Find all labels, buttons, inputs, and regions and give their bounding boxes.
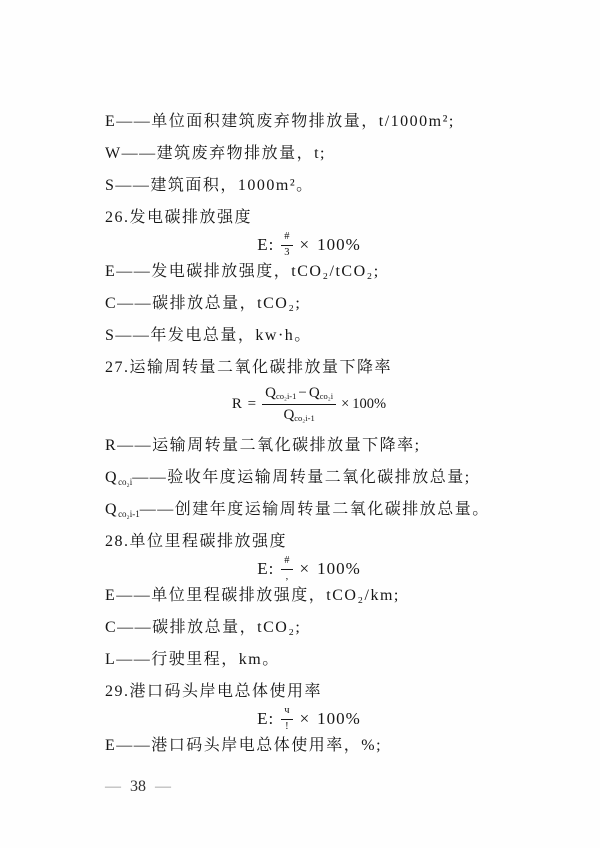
formula-27-q1: Q xyxy=(265,385,276,401)
formula-29-lhs: E: xyxy=(257,709,274,729)
page-number: 38 xyxy=(130,778,146,796)
definition-line-waste-total: W——建筑废弃物排放量，t; xyxy=(0,144,600,164)
section-28-heading: 28.单位里程碳排放强度 xyxy=(0,532,600,552)
q-subscript: co₂i-1 xyxy=(118,509,140,519)
formula-28-percent: 100% xyxy=(317,559,361,579)
definition-line-carbon-total-28: C——碳排放总量，tCO₂; xyxy=(0,618,600,638)
section-26-heading: 26.发电碳排放强度 xyxy=(0,208,600,228)
definition-line-shore-power-rate: E——港口码头岸电总体使用率，%; xyxy=(0,736,600,756)
formula-26-percent: 100% xyxy=(317,235,361,255)
formula-27-times: × xyxy=(341,396,349,413)
section-29-formula: E: ч ! × 100% xyxy=(0,704,600,734)
q-symbol: Q xyxy=(105,501,118,518)
formula-27-lhs: R = xyxy=(232,396,257,413)
definition-line-unit-area-waste: E——单位面积建筑废弃物排放量，t/1000m²; xyxy=(0,112,600,132)
formula-27-minus: − xyxy=(298,385,306,401)
formula-29-numerator: ч xyxy=(281,705,292,719)
q-definition-text: ——创建年度运输周转量二氧化碳排放总量。 xyxy=(140,501,490,518)
formula-27-q2-subscript: co₂i xyxy=(320,391,333,401)
definition-line-q-acceptance-year: Qco₂i——验收年度运输周转量二氧化碳排放总量; xyxy=(0,468,600,488)
formula-27-denominator: Qco₂i-1 xyxy=(283,405,314,424)
q-symbol: Q xyxy=(105,469,118,486)
definition-line-building-area: S——建筑面积，1000m²。 xyxy=(0,176,600,196)
definition-line-q-creation-year: Qco₂i-1——创建年度运输周转量二氧化碳排放总量。 xyxy=(0,500,600,520)
formula-29-fraction: ч ! xyxy=(281,705,292,732)
formula-28-fraction: # , xyxy=(281,555,292,582)
section-27-formula: R = Qco₂i-1−Qco₂i Qco₂i-1 × 100% xyxy=(0,380,600,428)
formula-26-fraction: # 3 xyxy=(281,231,292,258)
formula-27-numerator: Qco₂i-1−Qco₂i xyxy=(262,384,336,405)
formula-29-percent: 100% xyxy=(317,709,361,729)
definition-line-annual-generation: S——年发电总量，kw·h。 xyxy=(0,326,600,346)
definition-line-decline-rate: R——运输周转量二氧化碳排放量下降率; xyxy=(0,436,600,456)
formula-29-denominator: ! xyxy=(285,720,289,733)
section-27-heading: 27.运输周转量二氧化碳排放量下降率 xyxy=(0,358,600,378)
formula-27-qden-subscript: co₂i-1 xyxy=(294,413,314,423)
formula-26-lhs: E: xyxy=(257,235,274,255)
section-29-heading: 29.港口码头岸电总体使用率 xyxy=(0,682,600,702)
formula-26-numerator: # xyxy=(281,231,292,245)
q-subscript: co₂i xyxy=(118,477,132,487)
formula-27-q2: Q xyxy=(309,385,320,401)
section-28-formula: E: # , × 100% xyxy=(0,554,600,584)
definition-line-gen-intensity: E——发电碳排放强度，tCO₂/tCO₂; xyxy=(0,262,600,282)
formula-28-numerator: # xyxy=(281,555,292,569)
formula-27-fraction: Qco₂i-1−Qco₂i Qco₂i-1 xyxy=(262,384,336,424)
footer-left-dash: — xyxy=(105,778,121,796)
formula-27-qden: Q xyxy=(283,407,294,423)
formula-28-times: × xyxy=(300,559,311,579)
definition-line-mileage-intensity: E——单位里程碳排放强度，tCO₂/km; xyxy=(0,586,600,606)
formula-26-times: × xyxy=(300,235,311,255)
footer-right-dash: — xyxy=(155,778,171,796)
formula-26-denominator: 3 xyxy=(284,246,289,259)
q-definition-text: ——验收年度运输周转量二氧化碳排放总量; xyxy=(132,469,470,486)
page-footer: — 38 — xyxy=(105,778,171,796)
formula-28-denominator: , xyxy=(286,570,289,583)
formula-29-times: × xyxy=(300,709,311,729)
definition-line-mileage: L——行驶里程，km。 xyxy=(0,650,600,670)
section-26-formula: E: # 3 × 100% xyxy=(0,230,600,260)
definition-line-carbon-total-26: C——碳排放总量，tCO₂; xyxy=(0,294,600,314)
formula-28-lhs: E: xyxy=(257,559,274,579)
formula-27-q1-subscript: co₂i-1 xyxy=(276,391,296,401)
document-page: E——单位面积建筑废弃物排放量，t/1000m²; W——建筑废弃物排放量，t;… xyxy=(0,0,600,848)
formula-27-percent: 100% xyxy=(352,396,386,413)
